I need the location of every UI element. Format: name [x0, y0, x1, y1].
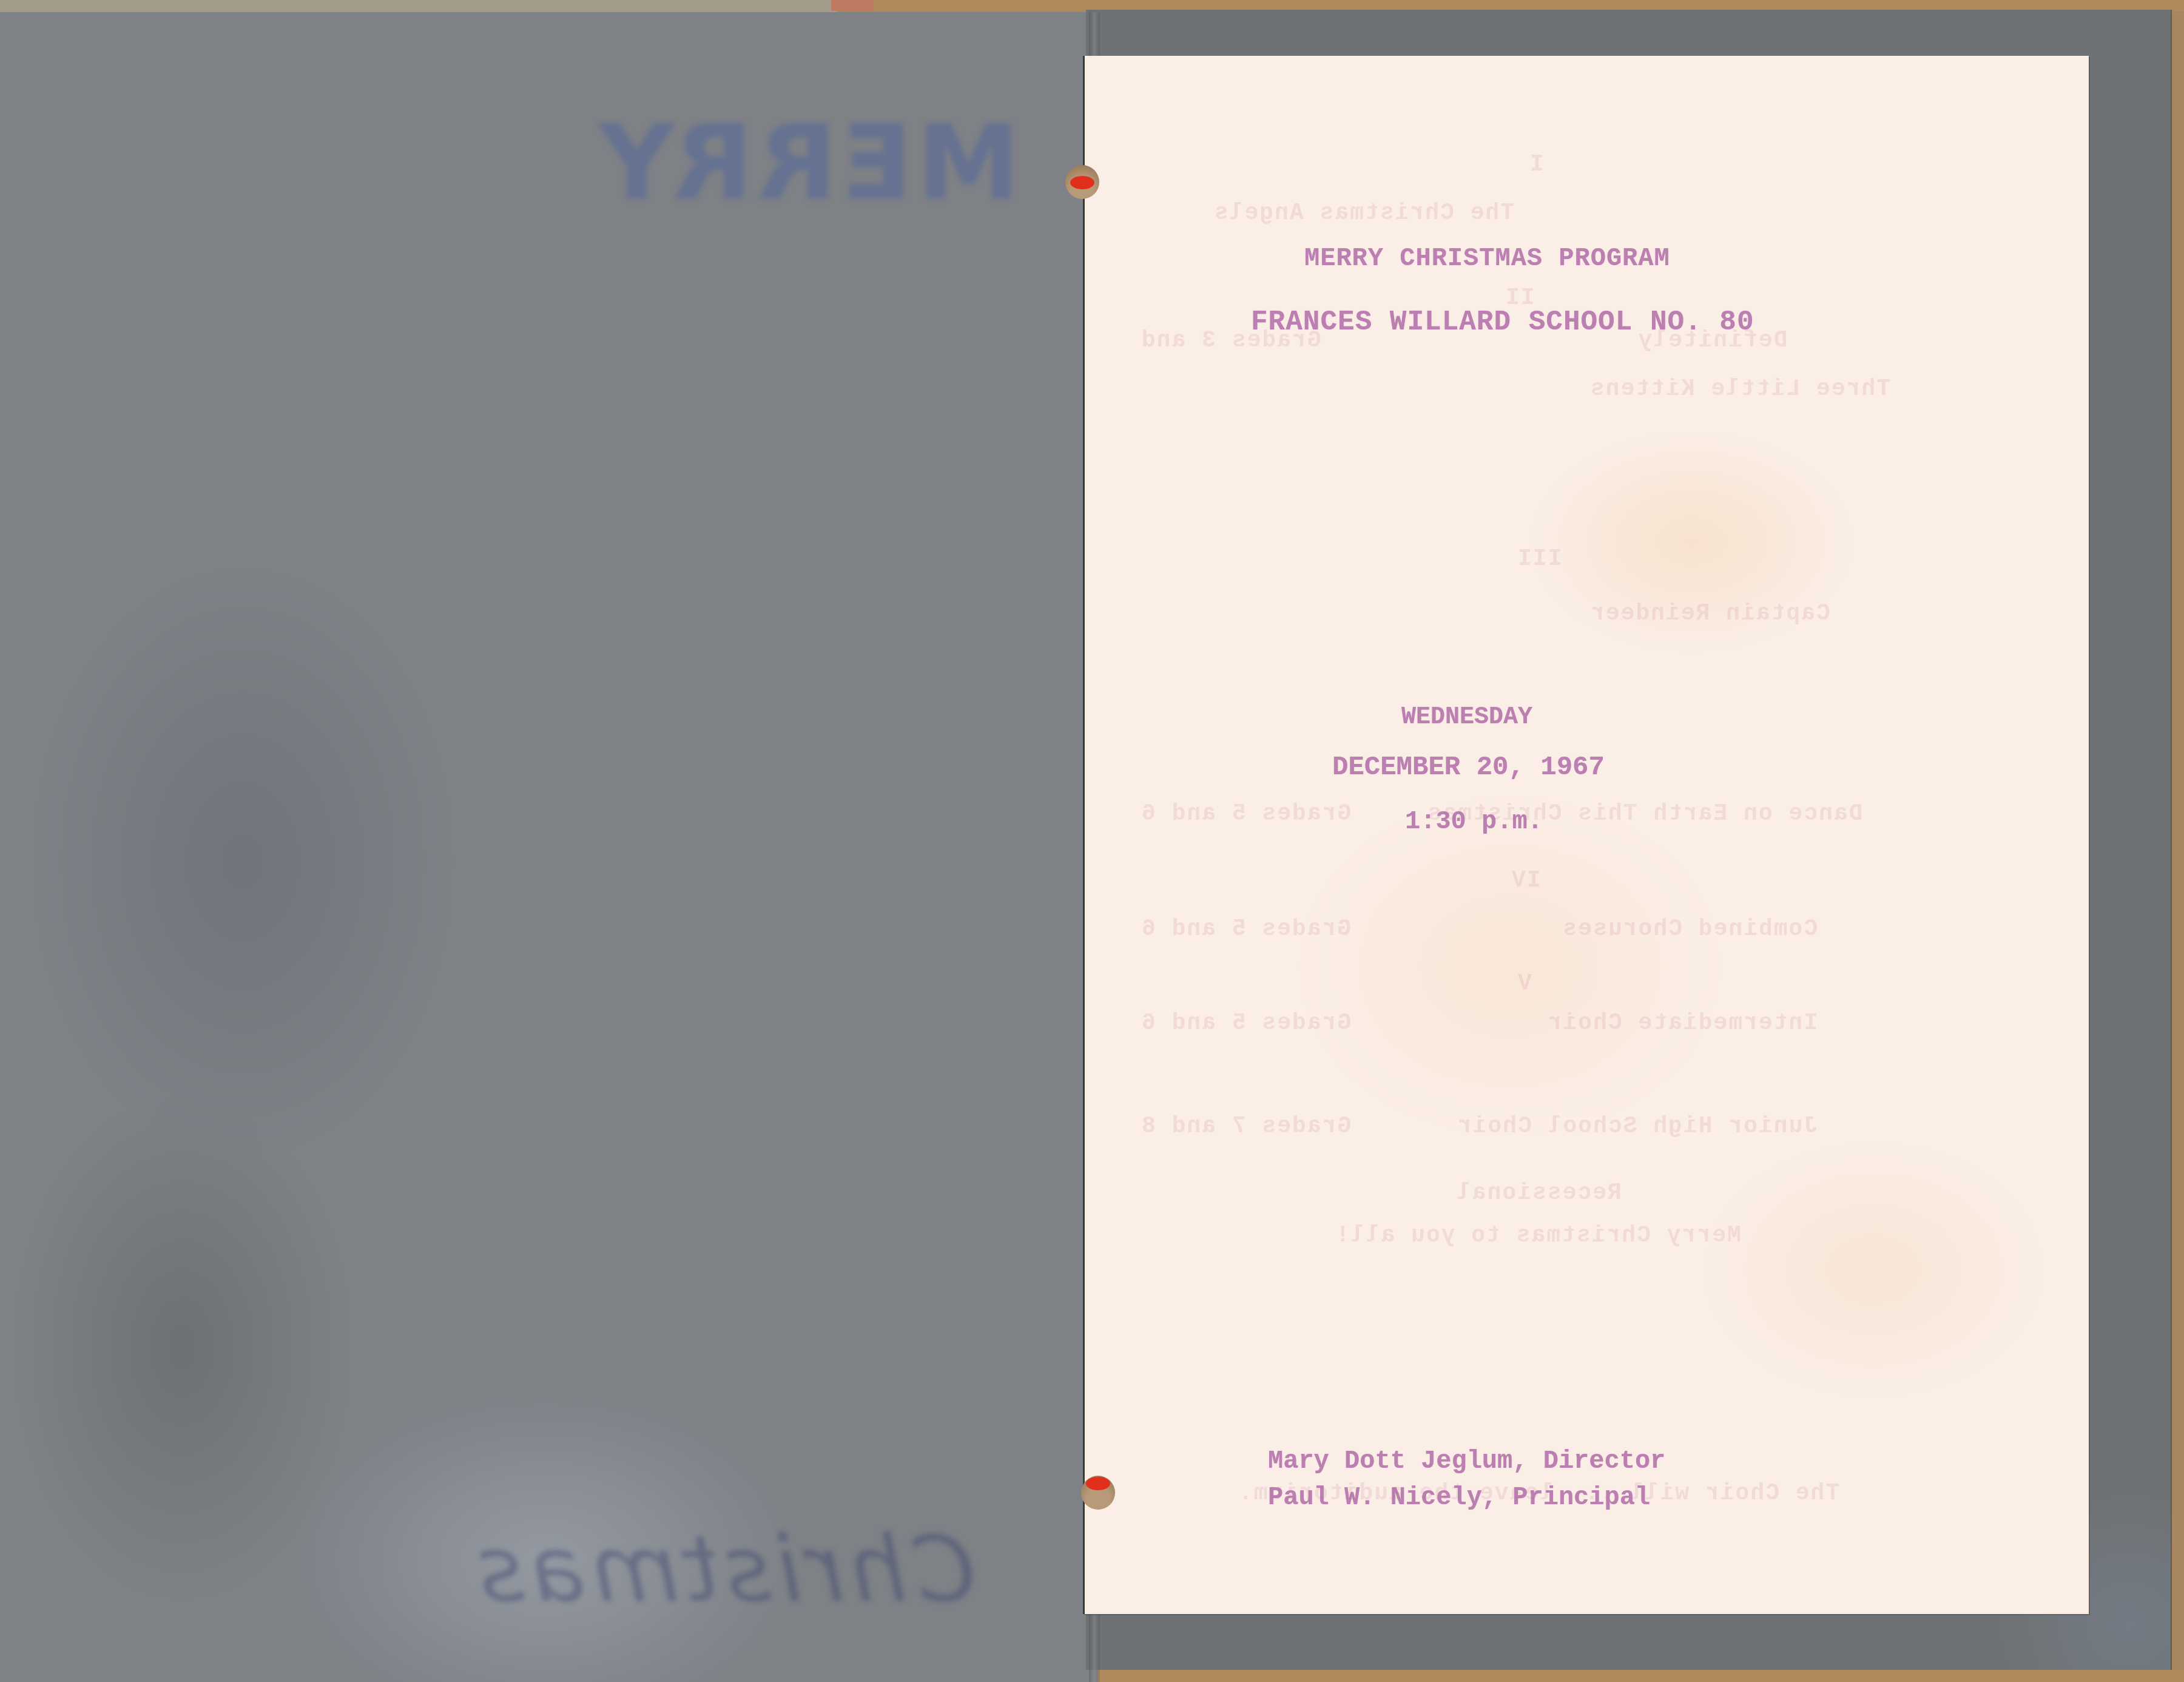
punch-hole	[1081, 1476, 1115, 1510]
ghost-cover-text: Christmas	[473, 1517, 976, 1623]
show-through-line: Captain Reindeer	[1589, 601, 1830, 627]
show-through-line: I	[1529, 152, 1544, 178]
show-through-line: V	[1517, 971, 1532, 997]
punch-hole	[1065, 165, 1099, 199]
scanner-background-strip	[0, 0, 837, 12]
event-day: WEDNESDAY	[1401, 704, 1532, 731]
principal-credit: Paul W. Nicely, Principal	[1268, 1483, 1650, 1512]
show-through-line: Junior High School Choir Grades 7 and 8	[1141, 1113, 1818, 1140]
show-through-line: Three Little Kittens	[1589, 376, 1890, 402]
show-through-line: III	[1517, 546, 1562, 572]
cover-inside-left	[0, 12, 1098, 1682]
director-credit: Mary Dott Jeglum, Director	[1268, 1447, 1665, 1476]
show-through-line: Combined Choruses Grades 5 and 6	[1141, 916, 1818, 942]
show-through-line: Intermediate Choir Grades 5 and 6	[1141, 1010, 1818, 1036]
event-date: DECEMBER 20, 1967	[1332, 752, 1605, 783]
program-title: MERRY CHRISTMAS PROGRAM	[1304, 244, 1670, 273]
show-through-line: Recessional	[1456, 1180, 1622, 1206]
scanner-background-strip	[831, 0, 874, 11]
show-through-line: IV	[1511, 868, 1541, 894]
event-time: 1:30 p.m.	[1405, 807, 1543, 836]
show-through-line: Merry Christmas to you all!	[1335, 1223, 1741, 1249]
school-name: FRANCES WILLARD SCHOOL NO. 80	[1251, 306, 1754, 338]
ghost-cover-text: MERRY	[595, 103, 1020, 223]
show-through-line: The Christmas Angels	[1213, 200, 1514, 226]
program-sheet	[1083, 56, 2089, 1614]
